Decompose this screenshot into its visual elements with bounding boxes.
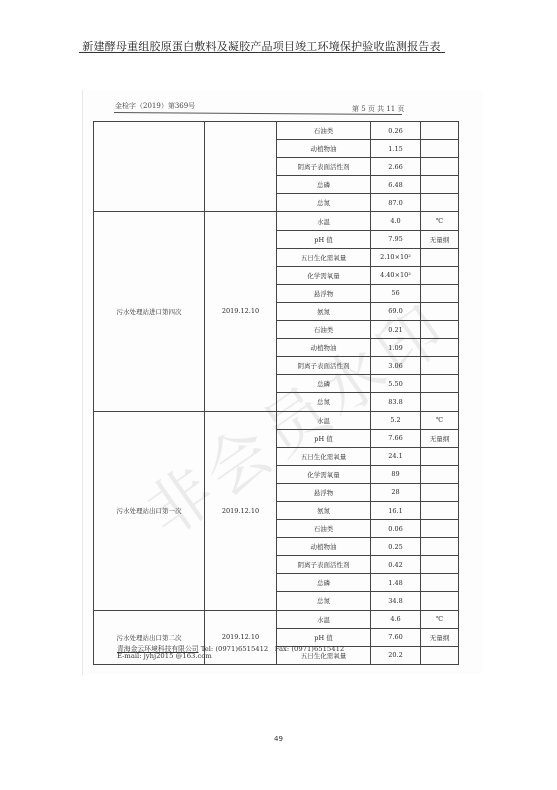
- table-row: 污水处理站出口第二次2019.12.10水温4.6℃: [94, 610, 459, 628]
- unit: [421, 266, 459, 284]
- measured-value: 69.0: [371, 302, 421, 320]
- unit: [421, 321, 459, 339]
- unit: ℃: [421, 610, 459, 628]
- company-email: E-mail: jyhj2015 @163.com: [117, 652, 212, 660]
- report-number: 金检字（2019）第369号: [115, 101, 195, 111]
- measured-value: 1.09: [371, 339, 421, 357]
- sampling-date: [205, 122, 277, 212]
- unit: [421, 646, 459, 664]
- parameter-name: 阴离子表面活性剂: [277, 556, 371, 574]
- unit: [421, 574, 459, 592]
- measured-value: 0.06: [371, 520, 421, 538]
- parameter-name: pH 值: [277, 429, 371, 447]
- parameter-name: 总氮: [277, 393, 371, 411]
- measured-value: 24.1: [371, 447, 421, 465]
- page-number: 49: [274, 735, 283, 743]
- parameter-name: 水温: [277, 610, 371, 628]
- measured-value: 5.50: [371, 375, 421, 393]
- unit: [421, 447, 459, 465]
- measured-value: 87.0: [371, 194, 421, 212]
- measured-value: 2.66: [371, 158, 421, 176]
- unit: [421, 194, 459, 212]
- parameter-name: 悬浮物: [277, 284, 371, 302]
- parameter-name: 氨氮: [277, 501, 371, 519]
- parameter-name: 总氮: [277, 592, 371, 610]
- parameter-name: 阴离子表面活性剂: [277, 357, 371, 375]
- unit: [421, 284, 459, 302]
- parameter-name: 总磷: [277, 375, 371, 393]
- parameter-name: 悬浮物: [277, 483, 371, 501]
- unit: [421, 302, 459, 320]
- unit: [421, 158, 459, 176]
- unit: ℃: [421, 411, 459, 429]
- unit: [421, 501, 459, 519]
- parameter-name: 石油类: [277, 122, 371, 140]
- measured-value: 1.48: [371, 574, 421, 592]
- measured-value: 1.15: [371, 140, 421, 158]
- measured-value: 28: [371, 483, 421, 501]
- unit: [421, 339, 459, 357]
- unit: [421, 248, 459, 266]
- measured-value: 83.8: [371, 393, 421, 411]
- parameter-name: 动植物油: [277, 339, 371, 357]
- measured-value: 20.2: [371, 646, 421, 664]
- sampling-date: 2019.12.10: [205, 411, 277, 610]
- unit: [421, 375, 459, 393]
- measured-value: 0.42: [371, 556, 421, 574]
- unit: [421, 592, 459, 610]
- parameter-name: 石油类: [277, 321, 371, 339]
- measured-value: 0.25: [371, 538, 421, 556]
- unit: [421, 122, 459, 140]
- unit: [421, 465, 459, 483]
- measured-value: 0.21: [371, 321, 421, 339]
- measured-value: 56: [371, 284, 421, 302]
- parameter-name: 化学需氧量: [277, 266, 371, 284]
- parameter-name: 五日生化需氧量: [277, 248, 371, 266]
- measured-value: 4.6: [371, 610, 421, 628]
- parameter-name: 化学需氧量: [277, 465, 371, 483]
- parameter-name: pH 值: [277, 230, 371, 248]
- measured-value: 7.60: [371, 628, 421, 646]
- sampling-location: 污水处理站出口第一次: [94, 411, 205, 610]
- sampling-location: [94, 122, 205, 212]
- table-row: 污水处理站出口第一次2019.12.10水温5.2℃: [94, 411, 459, 429]
- parameter-name: 石油类: [277, 520, 371, 538]
- measured-value: 4.40×10²: [371, 266, 421, 284]
- parameter-name: 五日生化需氧量: [277, 447, 371, 465]
- parameter-name: 总磷: [277, 574, 371, 592]
- monitoring-results-table: 石油类0.26动植物油1.15阴离子表面活性剂2.66总磷6.48总氮87.0污…: [93, 121, 459, 665]
- unit: [421, 176, 459, 194]
- unit: [421, 140, 459, 158]
- unit: [421, 357, 459, 375]
- unit: 无量纲: [421, 429, 459, 447]
- unit: [421, 538, 459, 556]
- sampling-date: 2019.12.10: [205, 610, 277, 664]
- sampling-location: 污水处理站进口第四次: [94, 212, 205, 411]
- unit: [421, 483, 459, 501]
- table-row: 石油类0.26: [94, 122, 459, 140]
- parameter-name: 氨氮: [277, 302, 371, 320]
- measured-value: 4.0: [371, 212, 421, 230]
- parameter-name: 水温: [277, 411, 371, 429]
- measured-value: 6.48: [371, 176, 421, 194]
- unit: [421, 556, 459, 574]
- measured-value: 5.2: [371, 411, 421, 429]
- parameter-name: 动植物油: [277, 140, 371, 158]
- parameter-name: 水温: [277, 212, 371, 230]
- unit: ℃: [421, 212, 459, 230]
- measured-value: 2.10×10²: [371, 248, 421, 266]
- measured-value: 7.95: [371, 230, 421, 248]
- unit: 无量纲: [421, 230, 459, 248]
- measured-value: 16.1: [371, 501, 421, 519]
- table-row: 污水处理站进口第四次2019.12.10水温4.0℃: [94, 212, 459, 230]
- unit: 无量纲: [421, 628, 459, 646]
- parameter-name: 总氮: [277, 194, 371, 212]
- measured-value: 34.8: [371, 592, 421, 610]
- measured-value: 89: [371, 465, 421, 483]
- unit: [421, 520, 459, 538]
- page-of-count: 第 5 页 共 11 页: [352, 104, 405, 114]
- measured-value: 3.06: [371, 357, 421, 375]
- title-divider: [79, 52, 445, 53]
- parameter-name: 阴离子表面活性剂: [277, 158, 371, 176]
- parameter-name: 总磷: [277, 176, 371, 194]
- measured-value: 7.66: [371, 429, 421, 447]
- parameter-name: 动植物油: [277, 538, 371, 556]
- unit: [421, 393, 459, 411]
- measured-value: 0.26: [371, 122, 421, 140]
- sampling-date: 2019.12.10: [205, 212, 277, 411]
- company-fax: Fax: (0971)6515412: [275, 645, 344, 653]
